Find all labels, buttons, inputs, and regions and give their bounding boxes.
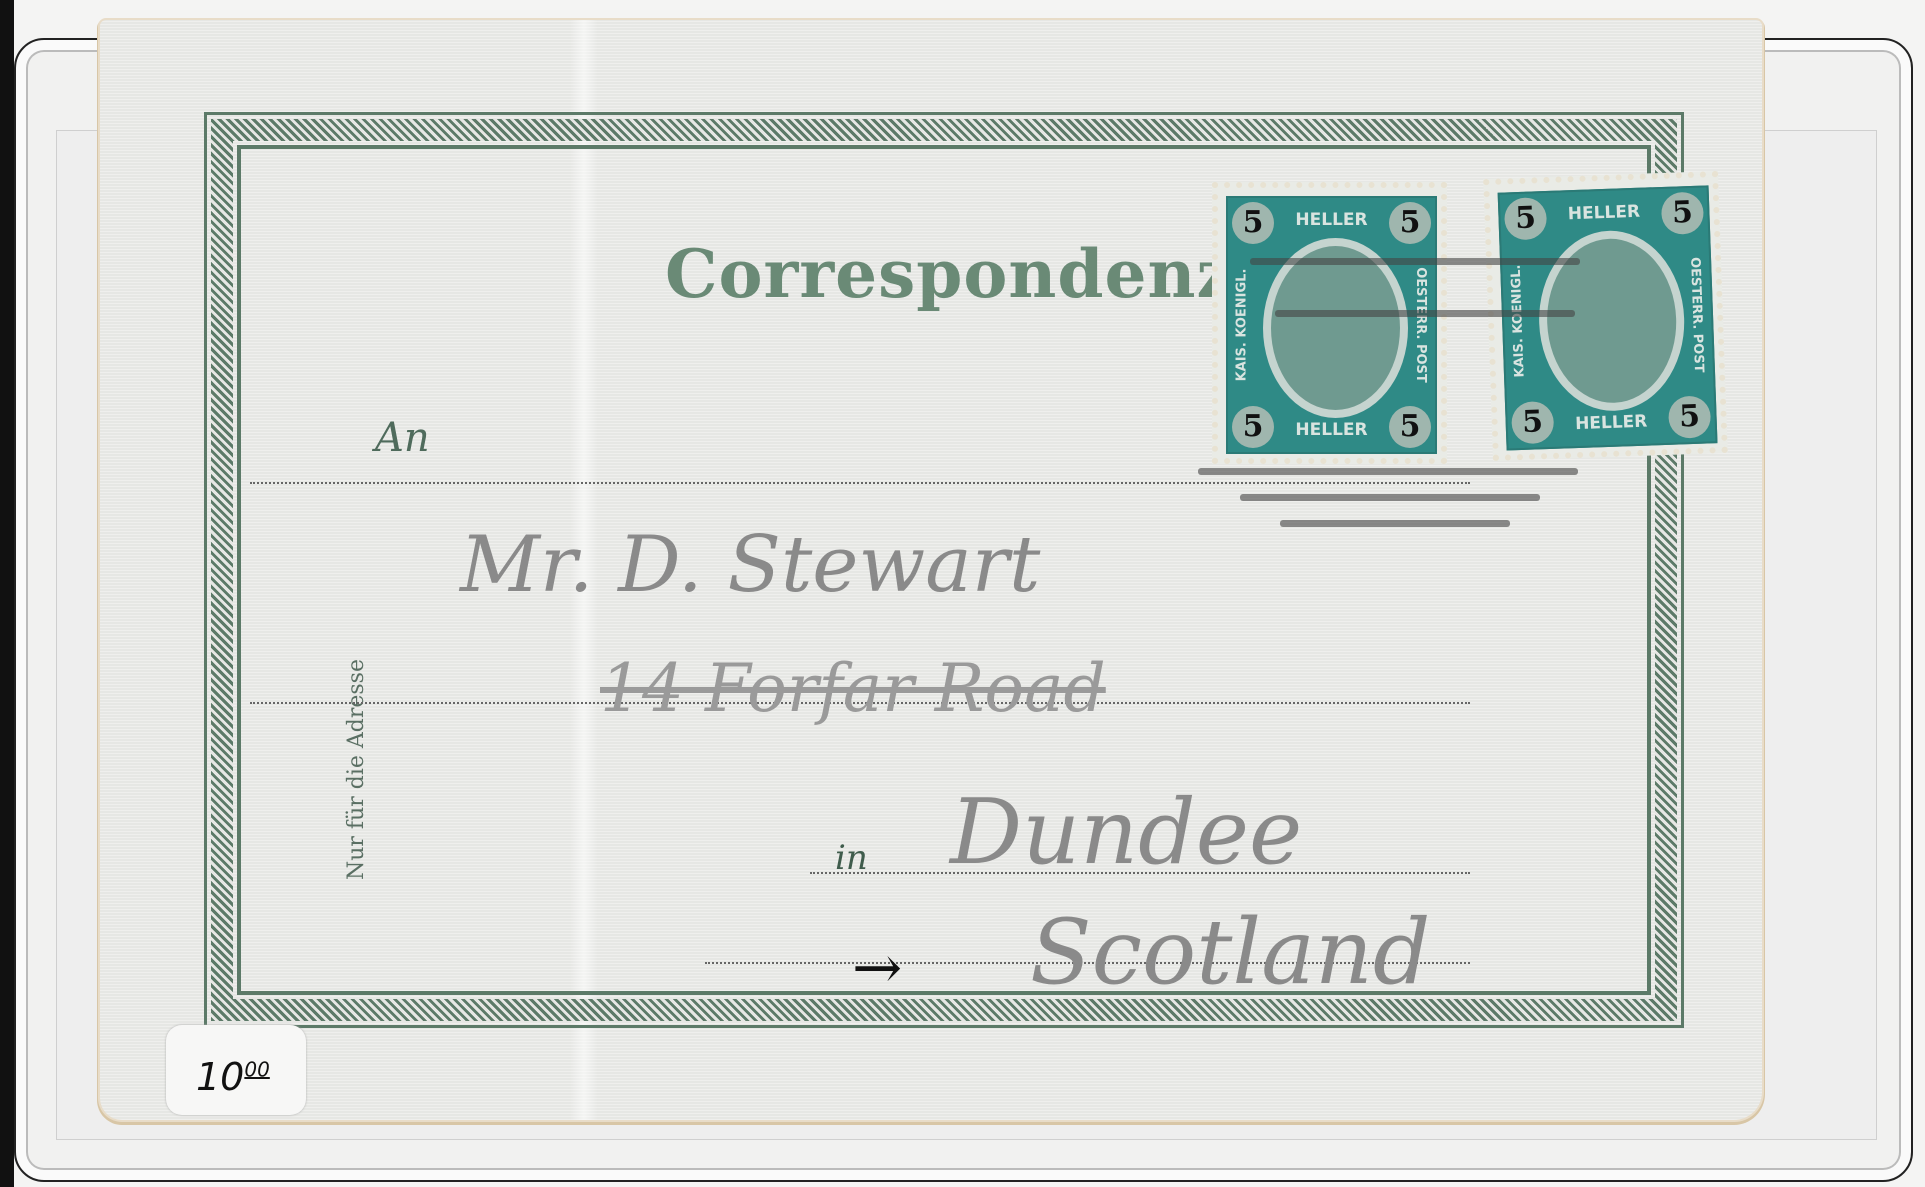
emperor-portrait-icon [1536,228,1687,413]
address-line-1 [250,482,1470,484]
stamp-value: 5 [1511,401,1554,444]
stamp-value: 5 [1389,202,1431,244]
label-an: An [375,415,430,461]
price-tag: 1000 [166,1025,306,1115]
arrow-icon: → [852,938,902,998]
postmark-cancel [1275,310,1575,317]
stamp-left-text: KAIS. KOENIGL. [1235,269,1250,382]
postmark-cancel [1280,520,1510,527]
stamp-value: 5 [1668,395,1711,438]
stamp-value: 5 [1232,202,1274,244]
stamp-right-text: OESTERR. POST [1688,257,1707,373]
postmark-cancel [1198,468,1578,475]
postmark-cancel [1240,494,1540,501]
stamp-value: 5 [1389,406,1431,448]
postmark-cancel [1250,258,1580,265]
handwritten-street-struck: 14 Forfar Road [600,650,1106,727]
handwritten-country: Scotland [1030,900,1430,1005]
stamp-value: 5 [1232,406,1274,448]
stamp-top-text: HELLER [1278,210,1385,230]
stamp-top-text: HELLER [1550,201,1658,225]
stamp-1: 5 5 5 5 HELLER HELLER KAIS. KOENIGL. OES… [1212,182,1447,464]
postcard: Correspondenz-Ka An Nur für die Adresse … [100,20,1762,1120]
stamp-value: 5 [1661,192,1704,235]
stamp-right-text: OESTERR. POST [1414,267,1429,383]
emperor-portrait-icon [1263,238,1408,418]
handwritten-city: Dundee [950,780,1302,885]
price-tag-text: 1000 [196,1055,270,1099]
stamp-bottom-text: HELLER [1278,420,1385,440]
label-in: in [835,838,868,878]
scanner-edge [0,0,14,1187]
stamp-left-text: KAIS. KOENIGL. [1509,264,1528,377]
stamp-bottom-text: HELLER [1557,411,1665,435]
handwritten-name: Mr. D. Stewart [460,520,1040,610]
stamp-value: 5 [1504,197,1547,240]
vertical-address-label: Nur für die Adresse [344,659,369,880]
